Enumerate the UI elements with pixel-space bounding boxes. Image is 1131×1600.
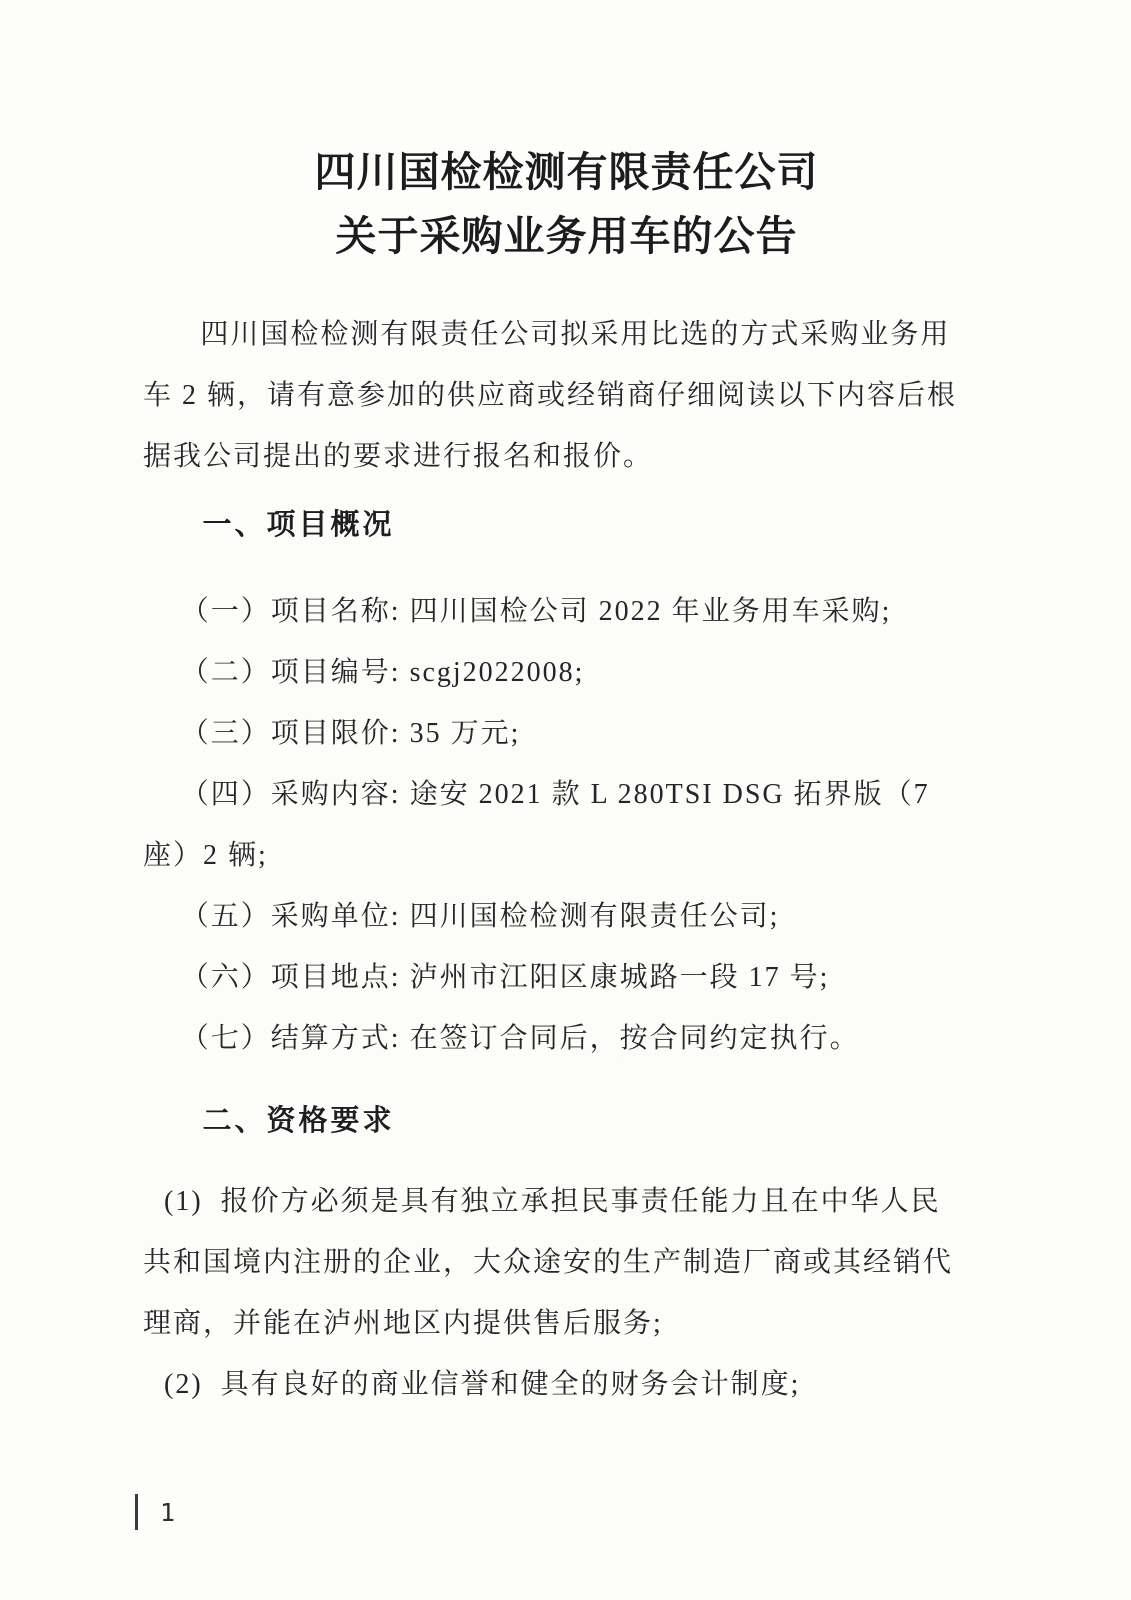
- qualification-item-1-continued: 理商，并能在泸州地区内提供售后服务;: [143, 1293, 990, 1354]
- page-number: 1: [160, 1498, 175, 1527]
- overview-item-5: （五）采购单位: 四川国检检测有限责任公司;: [143, 886, 990, 947]
- overview-item-4-continued: 座）2 辆;: [143, 825, 990, 886]
- section-heading-qualification: 二、资格要求: [143, 1099, 990, 1143]
- document-title: 四川国检检测有限责任公司 关于采购业务用车的公告: [143, 140, 990, 268]
- qualification-items: (1) 报价方必须是具有独立承担民事责任能力且在中华人民 共和国境内注册的企业，…: [143, 1171, 990, 1415]
- overview-item-2: （二）项目编号: scgj2022008;: [143, 642, 990, 703]
- overview-item-3: （三）项目限价: 35 万元;: [143, 703, 990, 764]
- document-page: 四川国检检测有限责任公司 关于采购业务用车的公告 四川国检检测有限责任公司拟采用…: [0, 0, 1131, 1600]
- overview-item-1: （一）项目名称: 四川国检公司 2022 年业务用车采购;: [143, 581, 990, 642]
- intro-line: 四川国检检测有限责任公司拟采用比选的方式采购业务用: [143, 304, 990, 365]
- overview-item-7: （七）结算方式: 在签订合同后，按合同约定执行。: [143, 1008, 990, 1069]
- document-content: 四川国检检测有限责任公司 关于采购业务用车的公告 四川国检检测有限责任公司拟采用…: [143, 0, 990, 1415]
- qualification-item-1: (1) 报价方必须是具有独立承担民事责任能力且在中华人民: [143, 1171, 990, 1232]
- intro-line: 据我公司提出的要求进行报名和报价。: [143, 426, 990, 487]
- qualification-item-2: (2) 具有良好的商业信誉和健全的财务会计制度;: [143, 1354, 990, 1415]
- qualification-item-1-continued: 共和国境内注册的企业，大众途安的生产制造厂商或其经销代: [143, 1232, 990, 1293]
- overview-item-4: （四）采购内容: 途安 2021 款 L 280TSI DSG 拓界版（7: [143, 764, 990, 825]
- title-line-1: 四川国检检测有限责任公司: [143, 140, 990, 204]
- intro-line: 车 2 辆，请有意参加的供应商或经销商仔细阅读以下内容后根: [143, 365, 990, 426]
- section-heading-overview: 一、项目概况: [143, 503, 990, 547]
- overview-items: （一）项目名称: 四川国检公司 2022 年业务用车采购; （二）项目编号: s…: [143, 581, 990, 1069]
- overview-item-6: （六）项目地点: 泸州市江阳区康城路一段 17 号;: [143, 947, 990, 1008]
- intro-paragraph: 四川国检检测有限责任公司拟采用比选的方式采购业务用 车 2 辆，请有意参加的供应…: [143, 304, 990, 487]
- page-footer: 1: [135, 1494, 175, 1530]
- footer-divider-bar: [135, 1494, 138, 1530]
- title-line-2: 关于采购业务用车的公告: [143, 204, 990, 268]
